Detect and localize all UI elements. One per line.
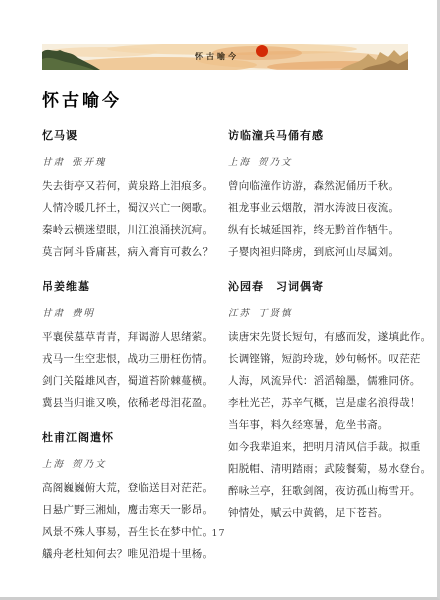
verse-line: 曾向临潼作访游，森然泥俑历千秋。 [228, 175, 408, 197]
verse-line: 钟情处，赋云中黄鹤，足下苍苔。 [228, 502, 408, 524]
verse-line: 子婴肉袒归降虏，到底河山尽属刘。 [228, 241, 408, 263]
verse-line: 高阁巍巍俯大荒，登临送目对茫茫。 [42, 477, 223, 499]
verse-line: 日悬广野三湘灿，鹰击寒天一影昂。 [42, 499, 223, 521]
banner-painting: 怀古喻今 [42, 44, 408, 70]
verse-line: 失去街亭又若何，黄泉路上泪痕多。 [42, 175, 223, 197]
verse-line: 如今我辈追来，把明月清风信手裁。拟重 [228, 436, 408, 458]
two-column-layout: 忆马谡 甘肃张开瑰 失去街亭又若何，黄泉路上泪痕多。 人情冷暖几抔土，蜀汉兴亡一… [42, 127, 408, 580]
verse-line: 人情冷暖几抔土，蜀汉兴亡一阕歌。 [42, 197, 223, 219]
verse-line: 纵有长城延国祚，终无黔首作牺牛。 [228, 219, 408, 241]
verse-line: 戎马一生空悲恨，战功三册枉伤情。 [42, 348, 223, 370]
poem-title: 沁园春 习词偶寄 [228, 278, 408, 294]
verse-line: 当年事，料久经寒暑，危坐书斋。 [228, 414, 408, 436]
verse-line: 剑门关隘雄风杳，蜀道苔阶棘蔓横。 [42, 370, 223, 392]
author-region: 江苏 [228, 308, 251, 319]
poem-title: 忆马谡 [42, 127, 223, 143]
poem-bing-ma-yong: 访临潼兵马俑有感 上海贺乃文 曾向临潼作访游，森然泥俑历千秋。 祖龙事业云烟散，… [228, 127, 408, 263]
poem-title: 杜甫江阁遣怀 [42, 429, 223, 445]
poem-title: 访临潼兵马俑有感 [228, 127, 408, 143]
author-name: 丁贤慎 [258, 308, 293, 319]
author-name: 张开瑰 [72, 157, 107, 168]
verse-line: 阳脱帽、清明踏雨；武陵餐菊，易水登台。 [228, 458, 408, 480]
author-region: 甘肃 [42, 157, 65, 168]
author-region: 甘肃 [42, 308, 65, 319]
verse-line: 醉咏兰亭，狂歌剑阁，夜访孤山梅雪开。 [228, 480, 408, 502]
verse-line: 秦岭云横迷望眼，川江浪涌挟沉疴。 [42, 219, 223, 241]
poem-author: 上海贺乃文 [42, 456, 223, 470]
poem-author: 江苏丁贤慎 [228, 305, 408, 319]
verse-line: 艤舟老杜知何去？唯见沿堤十里杨。 [42, 543, 223, 565]
verse-line: 冀县当归谁又唤，依稀老母泪花盈。 [42, 392, 223, 414]
left-column: 忆马谡 甘肃张开瑰 失去街亭又若何，黄泉路上泪痕多。 人情冷暖几抔土，蜀汉兴亡一… [42, 127, 223, 580]
author-name: 费明 [72, 308, 95, 319]
page-number: 17 [0, 528, 437, 539]
document-page: 怀古喻今 怀古喻今 忆马谡 甘肃张开瑰 失去街亭又若何，黄泉路上泪痕多。 人情冷… [0, 0, 440, 600]
author-region: 上海 [228, 157, 251, 168]
poem-author: 上海贺乃文 [228, 154, 408, 168]
author-name: 贺乃文 [258, 157, 293, 168]
page-title: 怀古喻今 [42, 86, 408, 111]
verse-line: 莫言阿斗昏庸甚，病入膏肓可救么？ [42, 241, 223, 263]
author-name: 贺乃文 [72, 459, 107, 470]
verse-line: 读唐宋先贤长短句，有感而发，遂填此作。 [228, 326, 408, 348]
poem-yi-ma-su: 忆马谡 甘肃张开瑰 失去街亭又若何，黄泉路上泪痕多。 人情冷暖几抔土，蜀汉兴亡一… [42, 127, 223, 263]
verse-line: 长调铿锵，短韵玲珑，妙句畅怀。叹茫茫 [228, 348, 408, 370]
poem-author: 甘肃张开瑰 [42, 154, 223, 168]
poem-title: 吊姜维墓 [42, 278, 223, 294]
author-region: 上海 [42, 459, 65, 470]
verse-line: 李杜光芒，苏辛气概，岂是虚名浪得哉！ [228, 392, 408, 414]
banner-title: 怀古喻今 [194, 51, 239, 61]
poem-du-fu-jiang-ge: 杜甫江阁遣怀 上海贺乃文 高阁巍巍俯大荒，登临送目对茫茫。 日悬广野三湘灿，鹰击… [42, 429, 223, 565]
poem-author: 甘肃费明 [42, 305, 223, 319]
sun-icon [256, 45, 268, 57]
verse-line: 祖龙事业云烟散，渭水涛波日夜流。 [228, 197, 408, 219]
verse-line: 人海，风流异代：滔滔翰墨，儒雅同侪。 [228, 370, 408, 392]
poem-diao-jiang-wei-mu: 吊姜维墓 甘肃费明 平襄侯墓草青青，拜谒游人思绪萦。 戎马一生空悲恨，战功三册枉… [42, 278, 223, 414]
right-column: 访临潼兵马俑有感 上海贺乃文 曾向临潼作访游，森然泥俑历千秋。 祖龙事业云烟散，… [228, 127, 408, 580]
verse-line: 平襄侯墓草青青，拜谒游人思绪萦。 [42, 326, 223, 348]
poem-qin-yuan-chun: 沁园春 习词偶寄 江苏丁贤慎 读唐宋先贤长短句，有感而发，遂填此作。 长调铿锵，… [228, 278, 408, 524]
